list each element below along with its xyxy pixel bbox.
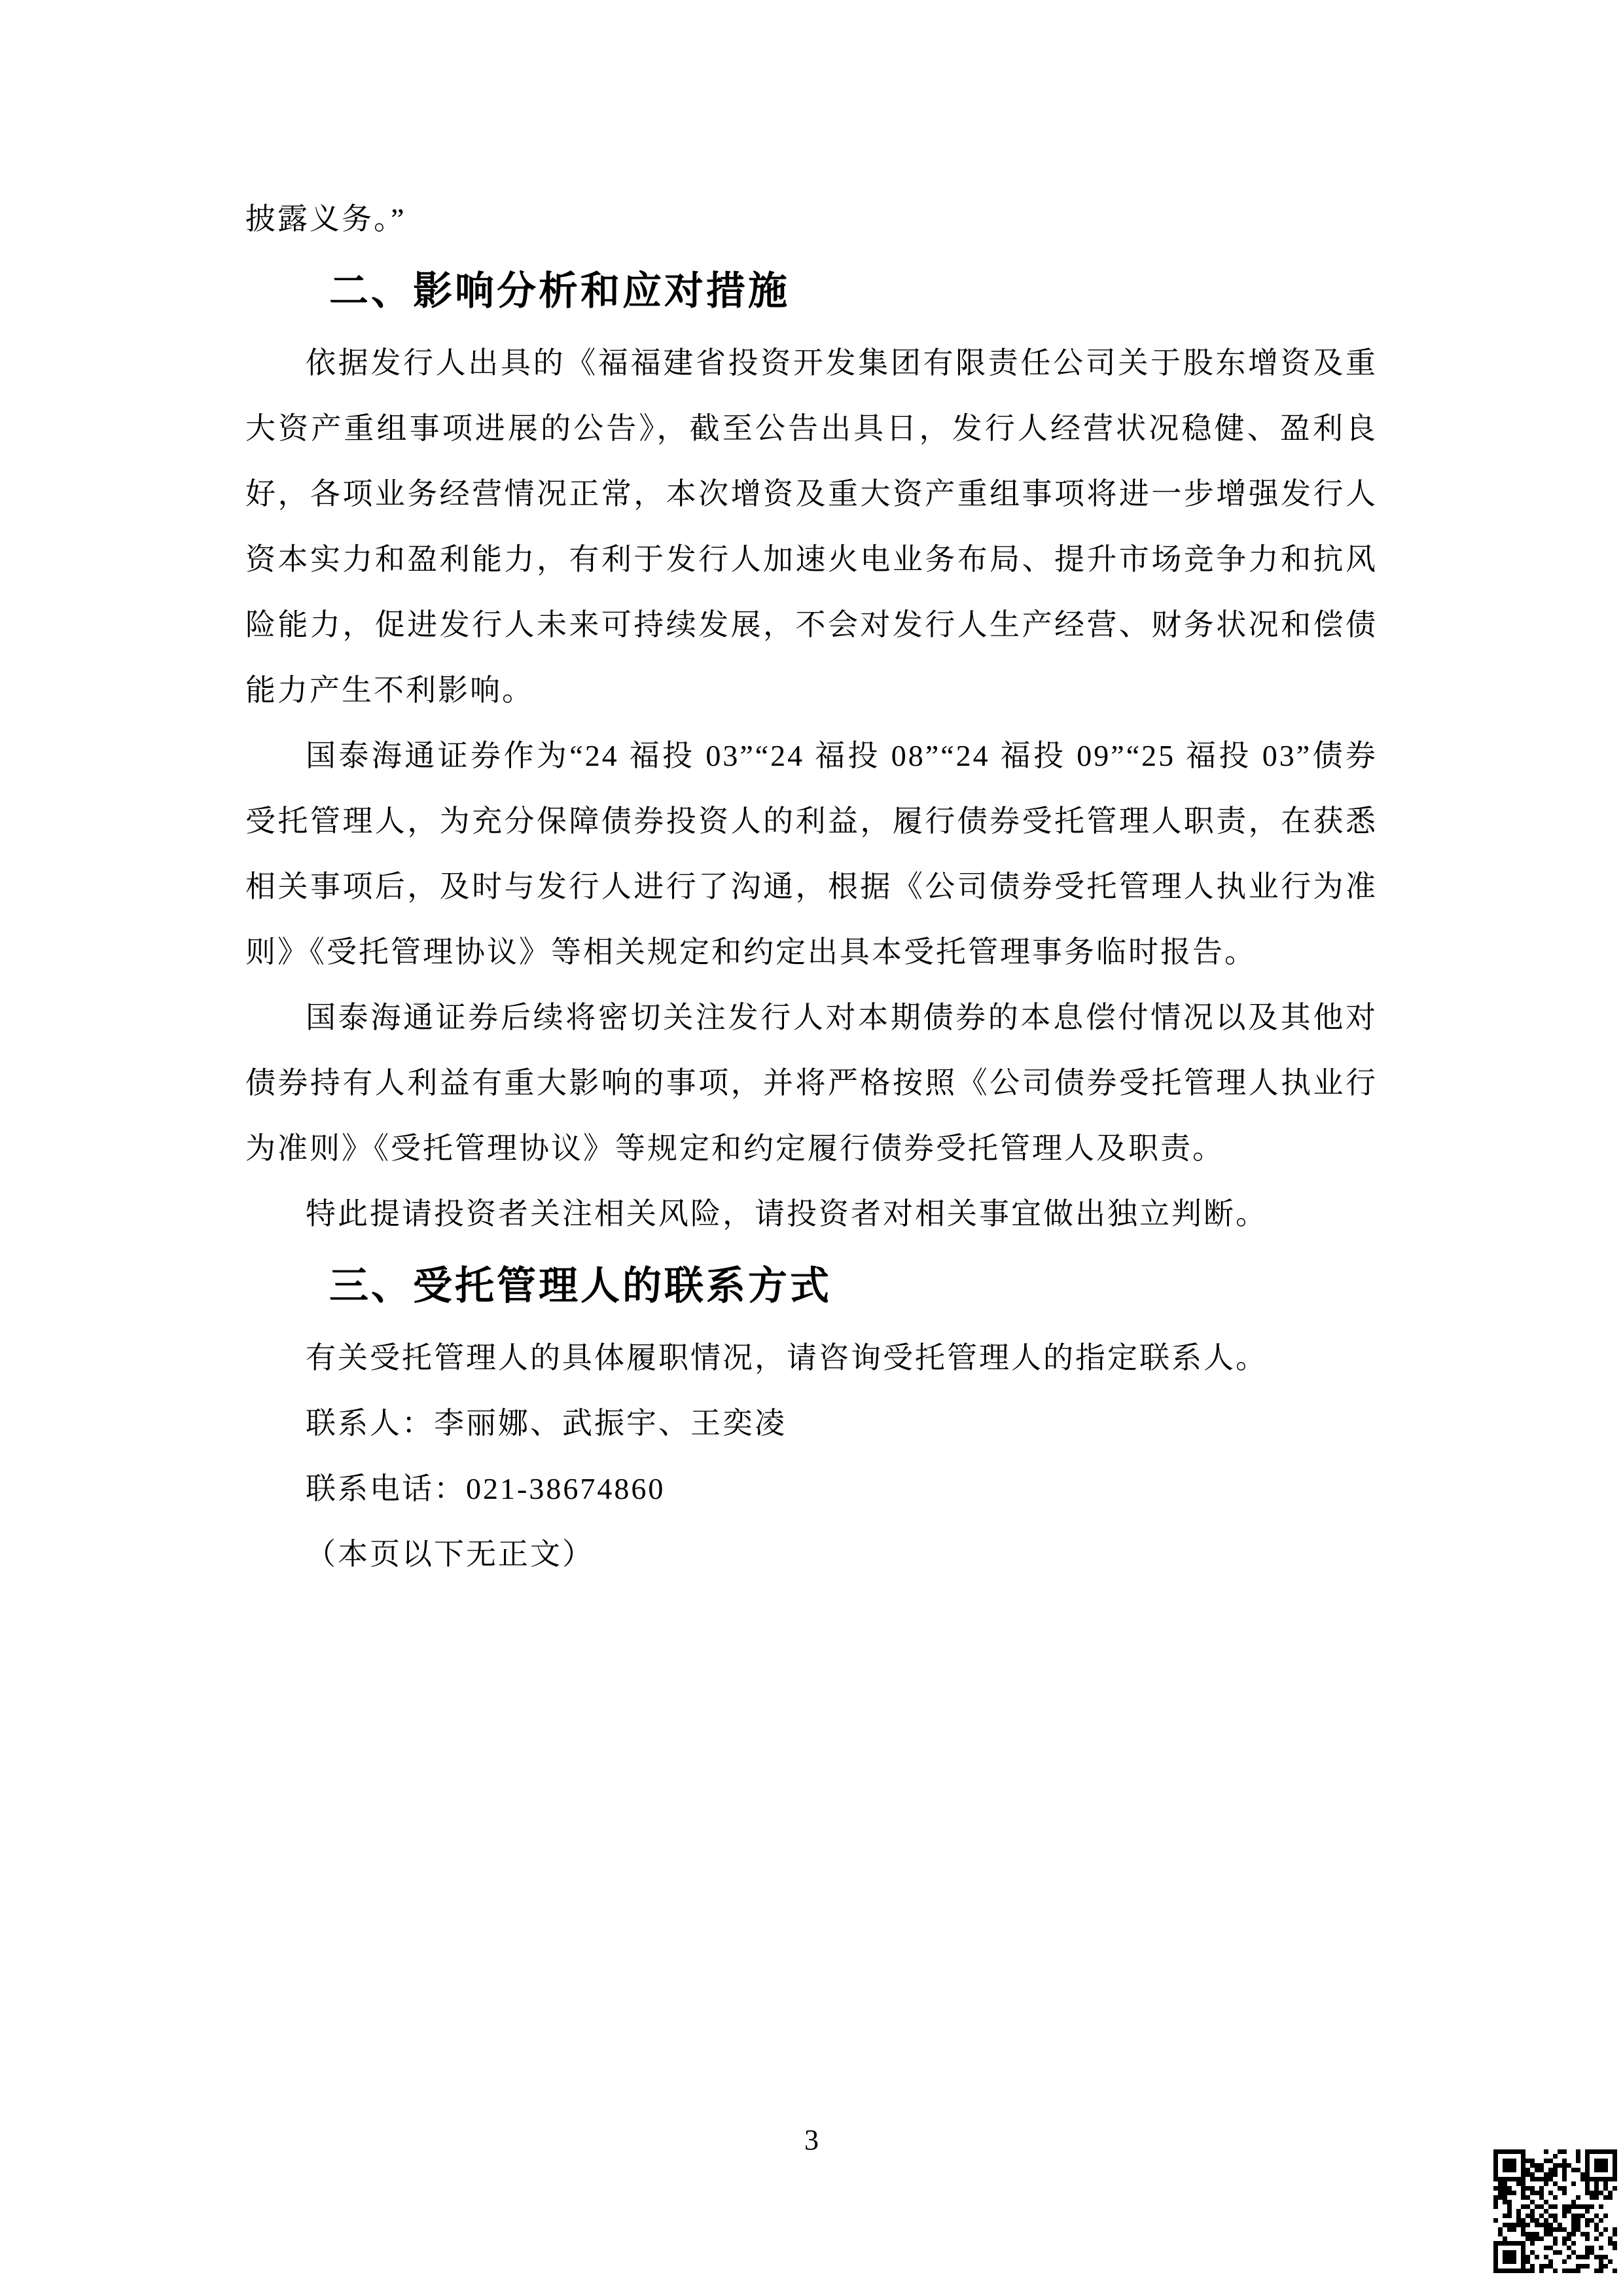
document-body: 披露义务。” 二、影响分析和应对措施 依据发行人出具的《福福建省投资开发集团有限… — [245, 187, 1378, 1587]
contact-phone-line: 联系电话：021-38674860 — [245, 1456, 1378, 1522]
paragraph: 国泰海通证券作为“24 福投 03”“24 福投 08”“24 福投 09”“2… — [245, 723, 1378, 985]
page-number: 3 — [0, 2124, 1623, 2157]
section-heading-impact-analysis: 二、影响分析和应对措施 — [245, 252, 1378, 331]
section-heading-trustee-contact: 三、受托管理人的联系方式 — [245, 1247, 1378, 1325]
no-further-text-note: （本页以下无正文） — [245, 1522, 1378, 1587]
carryover-text-line: 披露义务。” — [245, 187, 1378, 252]
qr-code — [1493, 2149, 1617, 2273]
paragraph: 国泰海通证券后续将密切关注发行人对本期债券的本息偿付情况以及其他对债券持有人利益… — [245, 985, 1378, 1181]
paragraph: 有关受托管理人的具体履职情况，请咨询受托管理人的指定联系人。 — [245, 1325, 1378, 1391]
contact-person-line: 联系人：李丽娜、武振宇、王奕凌 — [245, 1391, 1378, 1456]
document-page: 披露义务。” 二、影响分析和应对措施 依据发行人出具的《福福建省投资开发集团有限… — [0, 0, 1623, 2296]
paragraph: 特此提请投资者关注相关风险，请投资者对相关事宜做出独立判断。 — [245, 1181, 1378, 1247]
paragraph: 依据发行人出具的《福福建省投资开发集团有限责任公司关于股东增资及重大资产重组事项… — [245, 331, 1378, 723]
